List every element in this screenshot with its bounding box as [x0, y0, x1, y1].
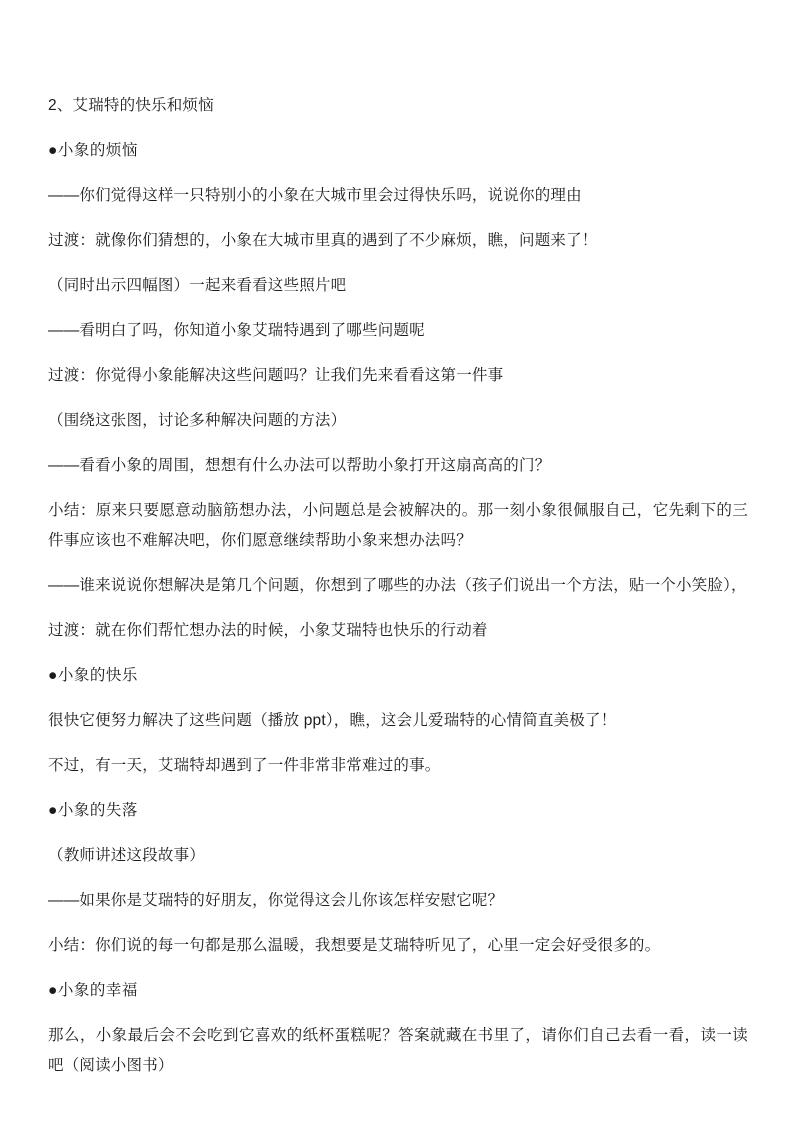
paragraph: ——看明白了吗，你知道小象艾瑞特遇到了哪些问题呢 [48, 316, 748, 346]
paragraph: 过渡：就在你们帮忙想办法的时候，小象艾瑞特也快乐的行动着 [48, 616, 748, 646]
paragraph: 小结：原来只要愿意动脑筋想办法，小问题总是会被解决的。那一刻小象很佩服自己，它先… [48, 496, 748, 556]
paragraph: （围绕这张图，讨论多种解决问题的方法） [48, 406, 748, 436]
paragraph: （同时出示四幅图）一起来看看这些照片吧 [48, 271, 748, 301]
paragraph: 不过，有一天，艾瑞特却遇到了一件非常非常难过的事。 [48, 751, 748, 781]
paragraph: 那么，小象最后会不会吃到它喜欢的纸杯蛋糕呢？答案就藏在书里了，请你们自己去看一看… [48, 1021, 748, 1081]
section-bullet-heading: ●小象的快乐 [48, 661, 748, 691]
document-page: 2、艾瑞特的快乐和烦恼●小象的烦恼——你们觉得这样一只特别小的小象在大城市里会过… [0, 0, 794, 1123]
paragraph: ——谁来说说你想解决是第几个问题，你想到了哪些的办法（孩子们说出一个方法，贴一个… [48, 571, 748, 601]
paragraph: （教师讲述这段故事） [48, 841, 748, 871]
section-bullet-heading: ●小象的烦恼 [48, 136, 748, 166]
document-body: 2、艾瑞特的快乐和烦恼●小象的烦恼——你们觉得这样一只特别小的小象在大城市里会过… [48, 91, 748, 1081]
paragraph: ——看看小象的周围，想想有什么办法可以帮助小象打开这扇高高的门？ [48, 451, 748, 481]
paragraph: 小结：你们说的每一句都是那么温暖，我想要是艾瑞特听见了，心里一定会好受很多的。 [48, 931, 748, 961]
section-bullet-heading: ●小象的失落 [48, 796, 748, 826]
paragraph: ——你们觉得这样一只特别小的小象在大城市里会过得快乐吗，说说你的理由 [48, 181, 748, 211]
paragraph: 很快它便努力解决了这些问题（播放 ppt），瞧，这会儿爱瑞特的心情简直美极了！ [48, 706, 748, 736]
section-heading: 2、艾瑞特的快乐和烦恼 [48, 91, 748, 121]
paragraph: 过渡：你觉得小象能解决这些问题吗？让我们先来看看这第一件事 [48, 361, 748, 391]
section-bullet-heading: ●小象的幸福 [48, 976, 748, 1006]
paragraph: 过渡：就像你们猜想的，小象在大城市里真的遇到了不少麻烦，瞧，问题来了！ [48, 226, 748, 256]
paragraph: ——如果你是艾瑞特的好朋友，你觉得这会儿你该怎样安慰它呢？ [48, 886, 748, 916]
